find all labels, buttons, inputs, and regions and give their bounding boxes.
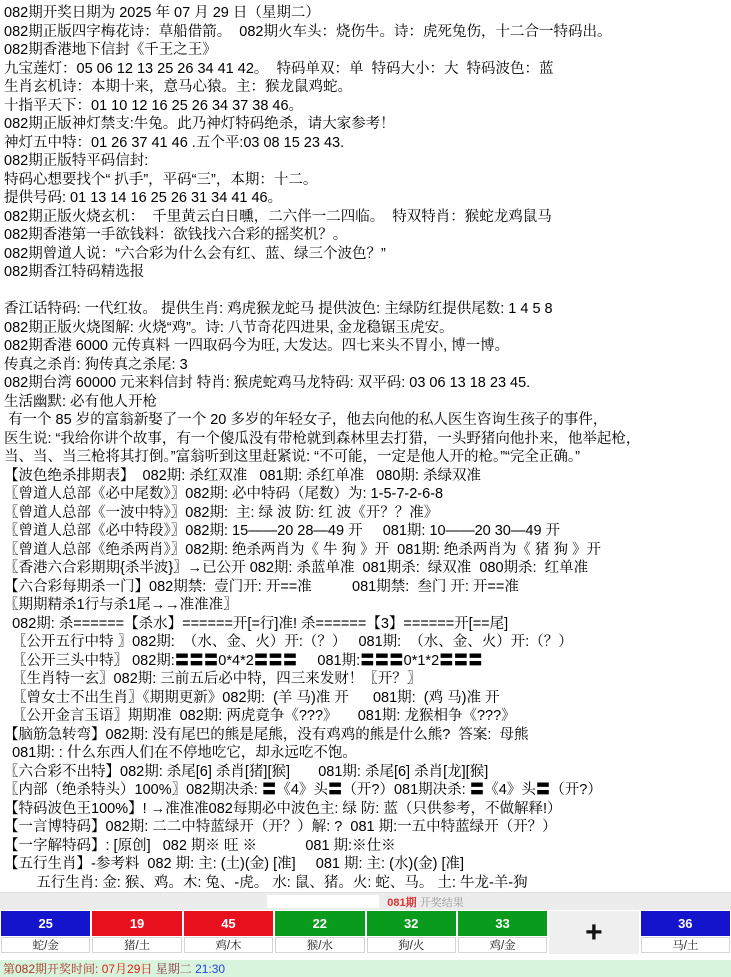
result-header: 081期 开奖结果: [0, 892, 731, 910]
report-line: 【六合彩每期杀一门】082期禁: 壹门开: 开==准 081期禁: 叁门 开: …: [4, 578, 731, 597]
ball-number: 32: [367, 911, 456, 936]
report-line: [4, 282, 731, 301]
report-line: 082期台湾 60000 元来料信封 特肖: 猴虎蛇鸡马龙特码: 双平码: 03…: [4, 374, 731, 393]
footer-segment: 07月29日: [102, 960, 156, 977]
lottery-report: 082期开奖日期为 2025 年 07 月 29 日（星期二）082期正版四字梅…: [0, 0, 731, 892]
report-line: 五行生肖: 金: 猴、鸡。木: 兔、-虎。 水: 鼠、猪。火: 蛇、马。 土: …: [4, 874, 731, 893]
report-line: 〖期期精杀1行与杀1尾→→准准准〗: [4, 596, 731, 615]
result-row: 25蛇/金19猪/土45鸡/木22猴/水32狗/火33鸡/金+36马/土: [0, 910, 731, 954]
report-line: 081期: : 什么东西人们在不停地吃它，却永远吃不饱。: [4, 744, 731, 763]
report-line: 〖曾道人总部《必中特段》〗082期: 15——20 28—49 开 081期: …: [4, 522, 731, 541]
report-line: 〖香港六合彩期期{杀半波}〗→已公开 082期: 杀蓝单准 081期杀: 绿双准…: [4, 559, 731, 578]
report-line: 九宝莲灯：05 06 12 13 25 26 34 41 42。 特码单双：单 …: [4, 60, 731, 79]
report-line: 【脑筋急转弯】082期: 没有尾巴的熊是尾熊，没有鸡鸡的熊是什么熊? 答案: 母…: [4, 726, 731, 745]
report-line: 082期开奖日期为 2025 年 07 月 29 日（星期二）: [4, 4, 731, 23]
result-ball-col: 22猴/水: [275, 911, 364, 954]
report-line: 生肖玄机诗：本期十来，意马心猿。主：猴龙鼠鸡蛇。: [4, 78, 731, 97]
report-line: 十指平天下：01 10 12 16 25 26 34 37 38 46。: [4, 97, 731, 116]
result-ball-col: 45鸡/木: [184, 911, 273, 954]
report-line: 082期香江特码精选报: [4, 263, 731, 282]
ball-number: 25: [1, 911, 90, 936]
result-ball-col: 36马/土: [641, 911, 730, 954]
footer-segment: 星期二: [156, 960, 195, 977]
result-ball-col: 33鸡/金: [458, 911, 547, 954]
ball-number: 22: [275, 911, 364, 936]
report-line: 【一言博特码】082期: 二二中特蓝绿开（开？）解: ? 081 期:一五中特蓝…: [4, 818, 731, 837]
ball-zodiac-label: 马/土: [641, 937, 730, 953]
report-line: 〖曾道人总部《一波中特》〗082期: 主: 绿 波 防: 红 波《开？？准》: [4, 504, 731, 523]
ball-zodiac-label: 狗/火: [367, 937, 456, 953]
result-label: 开奖结果: [420, 894, 464, 910]
ball-zodiac-label: 猪/土: [92, 937, 181, 953]
report-line: 有一个 85 岁的富翁新娶了一个 20 多岁的年轻女子，他去向他的私人医生咨询生…: [4, 411, 731, 430]
result-ball-col: 19猪/土: [92, 911, 181, 954]
ball-number: 33: [458, 911, 547, 936]
report-line: 〖公开五行中特 〗082期: （水、金、火）开:（？） 081期: （水、金、火…: [4, 633, 731, 652]
ball-number: 45: [184, 911, 273, 936]
result-ball-col: 25蛇/金: [1, 911, 90, 954]
report-line: 传真之杀肖: 狗传真之杀尾: 3: [4, 356, 731, 375]
report-line: 特码心想要找个“ 扒手”，平码“三”，本期：十二。: [4, 171, 731, 190]
report-line: 〖曾女士不出生肖〗《期期更新》082期: (羊 马)准 开 081期: (鸡 马…: [4, 689, 731, 708]
report-line: 神灯五中特：01 26 37 41 46 .五个平:03 08 15 23 43…: [4, 134, 731, 153]
white-box: [267, 895, 379, 908]
ball-number: 19: [92, 911, 181, 936]
ball-zodiac-label: 猴/水: [275, 937, 364, 953]
result-issue: 081期: [387, 894, 416, 910]
report-line: 082期正版特平码信封:: [4, 152, 731, 171]
report-line: 〖内部（绝杀特头）100%〗082期决杀: 〓《4》头〓（开?）081期决杀: …: [4, 781, 731, 800]
report-line: 082期曾道人说：“六合彩为什么会有红、蓝、绿三个波色？”: [4, 245, 731, 264]
ball-zodiac-label: 鸡/金: [458, 937, 547, 953]
report-line: 提供号码: 01 13 14 16 25 26 31 34 41 46。: [4, 189, 731, 208]
footer-segment: 21:30: [195, 962, 225, 976]
ball-number: 36: [641, 911, 730, 936]
report-line: 【一字解特码】: [原创] 082 期※ 旺 ※ 081 期:※仕※: [4, 837, 731, 856]
ball-zodiac-label: 蛇/金: [1, 937, 90, 953]
report-line: 082期正版火烧图解: 火烧“鸡”。诗: 八节奇花四进果, 金龙稳锯玉虎安。: [4, 319, 731, 338]
plus-sign: +: [549, 911, 638, 954]
report-line: 082期: 杀======【杀水】======开[=行]准! 杀======【3…: [4, 615, 731, 634]
report-line: 医生说: “我给你讲个故事，有一个傻瓜没有带枪就到森林里去打猎，一头野猪向他扑来…: [4, 430, 731, 449]
report-line: 082期香港第一手欲钱料：欲钱找六合彩的摇奖机？。: [4, 226, 731, 245]
report-line: 生活幽默: 必有他人开枪: [4, 393, 731, 412]
report-line: 〖曾道人总部《绝杀两肖》〗082期: 绝杀两肖为《 牛 狗 》开 081期: 绝…: [4, 541, 731, 560]
report-line: 〖生肖特一玄〗082期: 三前五后必中特，四三来发财！〖开？〗: [4, 670, 731, 689]
next-draw-footer: 第082期开奖时间: 07月29日 星期二 21:30: [0, 960, 731, 977]
report-line: 【特码波色王100%】! →准准准082每期必中波色主: 绿 防: 蓝（只供参考…: [4, 800, 731, 819]
report-line: 【波色绝杀排期表】 082期: 杀红双准 081期: 杀红单准 080期: 杀绿…: [4, 467, 731, 486]
report-line: 香江话特码: 一代红妆。 提供生肖: 鸡虎猴龙蛇马 提供波色: 主绿防红提供尾数…: [4, 300, 731, 319]
report-line: 〖公开金言玉语〗期期准 082期: 两虎竟争《???》 081期: 龙猴相争《?…: [4, 707, 731, 726]
report-line: 【五行生肖】-参考料 082 期: 主: (土)(金) [准] 081 期: 主…: [4, 855, 731, 874]
report-line: 〖六合彩不出特】082期: 杀尾[6] 杀肖[猪][猴] 081期: 杀尾[6]…: [4, 763, 731, 782]
report-line: 082期香港地下信封《千王之王》: [4, 41, 731, 60]
ball-zodiac-label: 鸡/木: [184, 937, 273, 953]
result-ball-col: 32狗/火: [367, 911, 456, 954]
report-line: 082期正版神灯禁支:牛兔。此乃神灯特码绝杀，请大家参考！: [4, 115, 731, 134]
report-line: 〖公开三头中特〗 082期:〓〓〓0*4*2〓〓〓 081期:〓〓〓0*1*2〓…: [4, 652, 731, 671]
report-line: 当、当、当三枪将其打倒。”富翁听到这里赶紧说: “不可能，一定是他人开的枪。”“…: [4, 448, 731, 467]
report-line: 082期正版火烧玄机： 千里黄云白日曛，二六伴一二四临。 特双特肖：猴蛇龙鸡鼠马: [4, 208, 731, 227]
footer-segment: 第082期开奖时间:: [3, 960, 102, 977]
report-line: 082期正版四字梅花诗：草船借箭。 082期火车头：烧伤牛。诗：虎死兔伤，十二合…: [4, 23, 731, 42]
report-line: 〖曾道人总部《必中尾数》〗082期: 必中特码（尾数）为: 1-5-7-2-6-…: [4, 485, 731, 504]
report-line: 082期香港 6000 元传真料 一四取码今为旺, 大发达。四七来头不胃小, 博…: [4, 337, 731, 356]
